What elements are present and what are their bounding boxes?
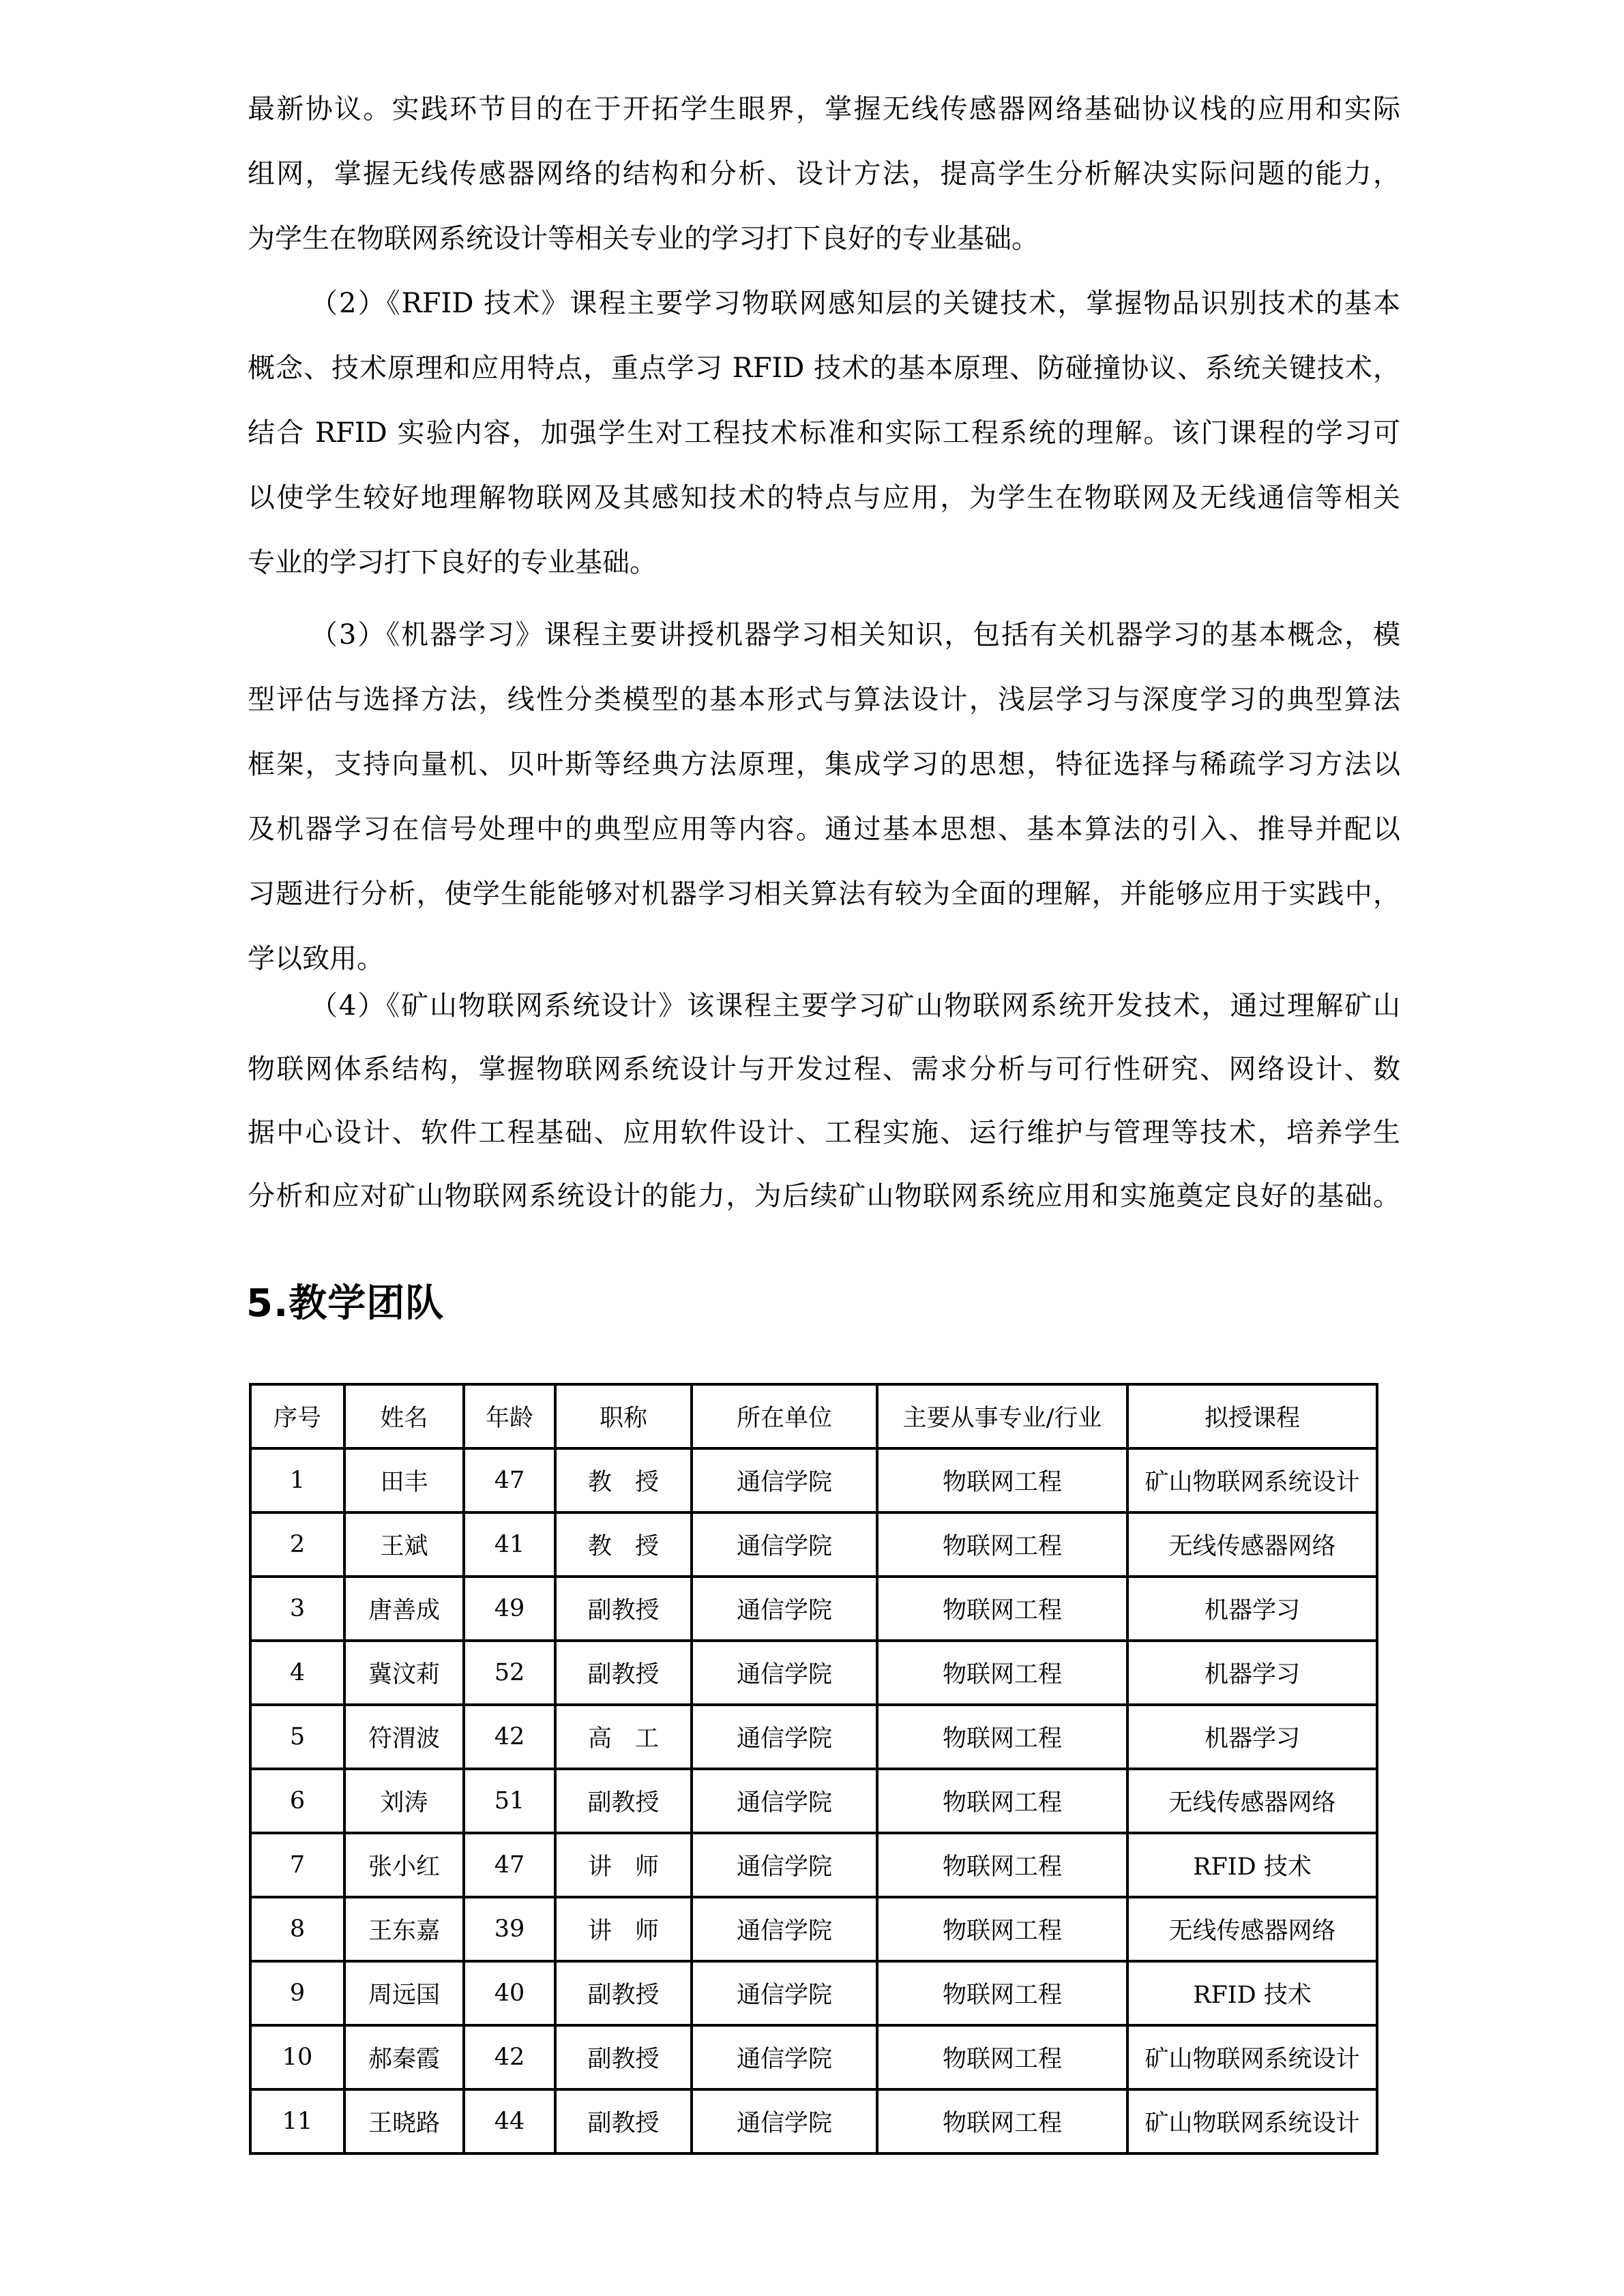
cell-name-text: 王斌 (380, 1533, 428, 1560)
paragraph-line: 习题进行分析，使学生能能够对机器学习相关算法有较为全面的理解，并能够应用于实践中… (248, 877, 1400, 911)
cell-title: 副教授 (555, 1641, 692, 1705)
cell-unit: 通信学院 (692, 1833, 877, 1897)
cell-title: 讲师 (555, 1833, 692, 1897)
cell-course-text: 矿山物联网系统设计 (1145, 2046, 1359, 2073)
cell-major-text: 物联网工程 (943, 1661, 1062, 1688)
cell-name: 王斌 (344, 1512, 464, 1577)
paragraph-line: 以使学生较好地理解物联网及其感知技术的特点与应用，为学生在物联网及无线通信等相关 (248, 481, 1400, 515)
paragraph-line: 专业的学习打下良好的专业基础。 (248, 546, 1400, 580)
cell-major-text: 物联网工程 (943, 2046, 1062, 2073)
cell-index-text: 8 (290, 1915, 305, 1943)
cell-course-text: 无线传感器网络 (1168, 1918, 1335, 1945)
cell-course-text: RFID 技术 (1193, 1982, 1312, 2009)
cell-age-text: 39 (494, 1915, 525, 1943)
cell-name-text: 王晓路 (368, 2110, 440, 2137)
paragraph-line: 学以致用。 (248, 942, 1400, 976)
cell-unit-text: 通信学院 (737, 1469, 832, 1496)
cell-title-text: 副教授 (587, 2046, 659, 2073)
cell-unit-text: 通信学院 (737, 2046, 832, 2073)
cell-index-text: 7 (290, 1851, 305, 1879)
cell-age-text: 52 (494, 1659, 525, 1686)
cell-index: 3 (250, 1577, 344, 1641)
cell-major: 物联网工程 (877, 1448, 1127, 1512)
cell-name-text: 王东嘉 (368, 1918, 440, 1945)
cell-age: 47 (464, 1833, 555, 1897)
cell-title: 讲师 (555, 1897, 692, 1961)
cell-title-text: 副教授 (587, 2110, 659, 2137)
cell-index-text: 3 (290, 1595, 305, 1622)
cell-course: 无线传感器网络 (1127, 1769, 1377, 1833)
table-row: 4冀汶莉52副教授通信学院物联网工程机器学习 (250, 1641, 1377, 1705)
cell-age: 40 (464, 1961, 555, 2025)
cell-age: 49 (464, 1577, 555, 1641)
cell-age-text: 42 (494, 2044, 525, 2071)
cell-name-text: 周远国 (368, 1982, 440, 2009)
paragraph-line: （3）《机器学习》课程主要讲授机器学习相关知识，包括有关机器学习的基本概念，模 (310, 618, 1400, 652)
document-page: 最新协议。实践环节目的在于开拓学生眼界，掌握无线传感器网络基础协议栈的应用和实际… (0, 0, 1624, 2296)
cell-title: 副教授 (555, 2025, 692, 2089)
cell-name-text: 符渭波 (368, 1725, 440, 1753)
table-row: 10郝秦霞42副教授通信学院物联网工程矿山物联网系统设计 (250, 2025, 1377, 2089)
cell-course-text: RFID 技术 (1193, 1853, 1312, 1881)
cell-course-text: 机器学习 (1205, 1661, 1300, 1688)
cell-unit: 通信学院 (692, 1769, 877, 1833)
paragraph-line: 最新协议。实践环节目的在于开拓学生眼界，掌握无线传感器网络基础协议栈的应用和实际 (248, 92, 1400, 126)
cell-course: 机器学习 (1127, 1705, 1377, 1769)
paragraph-line: （4）《矿山物联网系统设计》该课程主要学习矿山物联网系统开发技术，通过理解矿山 (310, 989, 1400, 1023)
cell-title: 教授 (555, 1448, 692, 1512)
cell-course: RFID 技术 (1127, 1833, 1377, 1897)
cell-unit-text: 通信学院 (737, 1597, 832, 1624)
column-header-age: 年龄 (464, 1384, 555, 1448)
cell-age-text: 42 (494, 1723, 525, 1750)
paragraph-line: 据中心设计、软件工程基础、应用软件设计、工程实施、运行维护与管理等技术，培养学生 (248, 1116, 1400, 1150)
cell-name-text: 田丰 (380, 1469, 428, 1496)
cell-age-text: 44 (494, 2108, 525, 2135)
cell-name: 刘涛 (344, 1769, 464, 1833)
cell-index: 1 (250, 1448, 344, 1512)
cell-unit-text: 通信学院 (737, 1918, 832, 1945)
cell-unit-text: 通信学院 (737, 1725, 832, 1753)
paragraph-line: 分析和应对矿山物联网系统设计的能力，为后续矿山物联网系统应用和实施奠定良好的基础… (248, 1179, 1400, 1213)
paragraph-line: 型评估与选择方法，线性分类模型的基本形式与算法设计，浅层学习与深度学习的典型算法 (248, 683, 1400, 717)
cell-course: 矿山物联网系统设计 (1127, 1448, 1377, 1512)
cell-index: 6 (250, 1769, 344, 1833)
cell-course: 机器学习 (1127, 1577, 1377, 1641)
cell-course: 无线传感器网络 (1127, 1897, 1377, 1961)
cell-index: 2 (250, 1512, 344, 1577)
cell-course: RFID 技术 (1127, 1961, 1377, 2025)
cell-age: 42 (464, 2025, 555, 2089)
cell-name: 符渭波 (344, 1705, 464, 1769)
paragraph-line: （2）《RFID 技术》课程主要学习物联网感知层的关键技术，掌握物品识别技术的基… (310, 286, 1400, 320)
cell-unit: 通信学院 (692, 1705, 877, 1769)
cell-course-text: 无线传感器网络 (1168, 1533, 1335, 1560)
table-row: 2王斌41教授通信学院物联网工程无线传感器网络 (250, 1512, 1377, 1577)
cell-course: 矿山物联网系统设计 (1127, 2089, 1377, 2153)
table-row: 3唐善成49副教授通信学院物联网工程机器学习 (250, 1577, 1377, 1641)
cell-title-text: 讲师 (588, 1853, 682, 1881)
cell-major: 物联网工程 (877, 1897, 1127, 1961)
cell-major-text: 物联网工程 (943, 1469, 1062, 1496)
cell-title: 副教授 (555, 1769, 692, 1833)
cell-index-text: 6 (290, 1787, 305, 1815)
cell-unit-text: 通信学院 (737, 1661, 832, 1688)
cell-title: 副教授 (555, 1577, 692, 1641)
cell-age-text: 49 (494, 1595, 525, 1622)
table-body: 1田丰47教授通信学院物联网工程矿山物联网系统设计2王斌41教授通信学院物联网工… (250, 1448, 1377, 2153)
cell-name: 唐善成 (344, 1577, 464, 1641)
cell-course-text: 矿山物联网系统设计 (1145, 1469, 1359, 1496)
cell-age: 44 (464, 2089, 555, 2153)
cell-title-text: 副教授 (587, 1597, 659, 1624)
cell-index: 10 (250, 2025, 344, 2089)
cell-title-text: 教授 (588, 1533, 682, 1560)
cell-title: 副教授 (555, 2089, 692, 2153)
column-header-major: 主要从事专业/行业 (877, 1384, 1127, 1448)
cell-major: 物联网工程 (877, 1961, 1127, 2025)
cell-age-text: 41 (494, 1531, 525, 1558)
table-row: 6刘涛51副教授通信学院物联网工程无线传感器网络 (250, 1769, 1377, 1833)
table-row: 7张小红47讲师通信学院物联网工程RFID 技术 (250, 1833, 1377, 1897)
cell-name: 王晓路 (344, 2089, 464, 2153)
cell-unit: 通信学院 (692, 1448, 877, 1512)
cell-unit: 通信学院 (692, 2089, 877, 2153)
cell-title-text: 副教授 (587, 1789, 659, 1817)
cell-title: 副教授 (555, 1961, 692, 2025)
cell-unit-text: 通信学院 (737, 1853, 832, 1881)
cell-age: 39 (464, 1897, 555, 1961)
cell-unit-text: 通信学院 (737, 1789, 832, 1817)
table-row: 11王晓路44副教授通信学院物联网工程矿山物联网系统设计 (250, 2089, 1377, 2153)
cell-unit: 通信学院 (692, 1897, 877, 1961)
cell-major-text: 物联网工程 (943, 1789, 1062, 1817)
cell-major-text: 物联网工程 (943, 1982, 1062, 2009)
cell-title: 教授 (555, 1512, 692, 1577)
cell-unit-text: 通信学院 (737, 2110, 832, 2137)
cell-unit: 通信学院 (692, 2025, 877, 2089)
cell-major: 物联网工程 (877, 1833, 1127, 1897)
cell-course-text: 无线传感器网络 (1168, 1789, 1335, 1817)
cell-index-text: 9 (290, 1980, 305, 2007)
cell-title-text: 副教授 (587, 1661, 659, 1688)
cell-index: 8 (250, 1897, 344, 1961)
cell-major: 物联网工程 (877, 1577, 1127, 1641)
cell-course: 无线传感器网络 (1127, 1512, 1377, 1577)
cell-name-text: 冀汶莉 (368, 1661, 440, 1688)
cell-age: 51 (464, 1769, 555, 1833)
cell-unit: 通信学院 (692, 1961, 877, 2025)
paragraph-line: 为学生在物联网系统设计等相关专业的学习打下良好的专业基础。 (248, 222, 1400, 256)
cell-name: 王东嘉 (344, 1897, 464, 1961)
column-header-index: 序号 (250, 1384, 344, 1448)
cell-unit: 通信学院 (692, 1512, 877, 1577)
cell-name: 周远国 (344, 1961, 464, 2025)
cell-major: 物联网工程 (877, 1512, 1127, 1577)
column-header-course: 拟授课程 (1127, 1384, 1377, 1448)
cell-index-text: 2 (290, 1531, 305, 1558)
cell-name-text: 刘涛 (380, 1789, 428, 1817)
cell-age-text: 47 (494, 1851, 525, 1879)
cell-index-text: 10 (282, 2044, 313, 2071)
table-row: 5符渭波42高工通信学院物联网工程机器学习 (250, 1705, 1377, 1769)
cell-course: 机器学习 (1127, 1641, 1377, 1705)
teaching-team-table: 序号 姓名 年龄 职称 所在单位 主要从事专业/行业 拟授课程 1田丰47教授通… (249, 1383, 1378, 2155)
section-heading: 5.教学团队 (246, 1277, 444, 1331)
cell-title-text: 讲师 (588, 1918, 682, 1945)
cell-course: 矿山物联网系统设计 (1127, 2025, 1377, 2089)
paragraph-line: 物联网体系结构，掌握物联网系统设计与开发过程、需求分析与可行性研究、网络设计、数 (248, 1052, 1400, 1086)
column-header-title: 职称 (555, 1384, 692, 1448)
cell-index: 5 (250, 1705, 344, 1769)
cell-major: 物联网工程 (877, 1641, 1127, 1705)
cell-name-text: 张小红 (368, 1853, 440, 1881)
cell-age: 47 (464, 1448, 555, 1512)
cell-age: 42 (464, 1705, 555, 1769)
cell-course-text: 机器学习 (1205, 1597, 1300, 1624)
cell-unit: 通信学院 (692, 1641, 877, 1705)
cell-unit-text: 通信学院 (737, 1533, 832, 1560)
cell-course-text: 矿山物联网系统设计 (1145, 2110, 1359, 2137)
cell-major-text: 物联网工程 (943, 1853, 1062, 1881)
column-header-unit: 所在单位 (692, 1384, 877, 1448)
cell-age-text: 47 (494, 1467, 525, 1494)
cell-major-text: 物联网工程 (943, 1725, 1062, 1753)
paragraph-line: 结合 RFID 实验内容，加强学生对工程技术标准和实际工程系统的理解。该门课程的… (248, 416, 1400, 450)
cell-index-text: 4 (290, 1659, 305, 1686)
cell-name: 田丰 (344, 1448, 464, 1512)
cell-index-text: 11 (282, 2108, 313, 2135)
cell-name: 郝秦霞 (344, 2025, 464, 2089)
cell-title-text: 副教授 (587, 1982, 659, 2009)
cell-title-text: 高工 (588, 1725, 682, 1753)
table-header-row: 序号 姓名 年龄 职称 所在单位 主要从事专业/行业 拟授课程 (250, 1384, 1377, 1448)
cell-name: 冀汶莉 (344, 1641, 464, 1705)
cell-major-text: 物联网工程 (943, 1597, 1062, 1624)
cell-age-text: 51 (494, 1787, 525, 1815)
cell-name-text: 郝秦霞 (368, 2046, 440, 2073)
table-row: 8王东嘉39讲师通信学院物联网工程无线传感器网络 (250, 1897, 1377, 1961)
cell-name: 张小红 (344, 1833, 464, 1897)
cell-course-text: 机器学习 (1205, 1725, 1300, 1753)
paragraph-line: 组网，掌握无线传感器网络的结构和分析、设计方法，提高学生分析解决实际问题的能力， (248, 157, 1400, 191)
cell-index: 4 (250, 1641, 344, 1705)
table-row: 9周远国40副教授通信学院物联网工程RFID 技术 (250, 1961, 1377, 2025)
cell-major: 物联网工程 (877, 1769, 1127, 1833)
cell-major: 物联网工程 (877, 2025, 1127, 2089)
cell-major-text: 物联网工程 (943, 1533, 1062, 1560)
cell-index: 7 (250, 1833, 344, 1897)
paragraph-line: 及机器学习在信号处理中的典型应用等内容。通过基本思想、基本算法的引入、推导并配以 (248, 812, 1400, 846)
cell-title-text: 教授 (588, 1469, 682, 1496)
cell-index: 11 (250, 2089, 344, 2153)
cell-index: 9 (250, 1961, 344, 2025)
cell-major: 物联网工程 (877, 2089, 1127, 2153)
cell-age-text: 40 (494, 1980, 525, 2007)
cell-index-text: 1 (290, 1467, 305, 1494)
cell-index-text: 5 (290, 1723, 305, 1750)
cell-title: 高工 (555, 1705, 692, 1769)
cell-major: 物联网工程 (877, 1705, 1127, 1769)
cell-name-text: 唐善成 (368, 1597, 440, 1624)
cell-major-text: 物联网工程 (943, 2110, 1062, 2137)
paragraph-line: 概念、技术原理和应用特点，重点学习 RFID 技术的基本原理、防碰撞协议、系统关… (248, 351, 1400, 385)
paragraph-line: 框架，支持向量机、贝叶斯等经典方法原理，集成学习的思想，特征选择与稀疏学习方法以 (248, 747, 1400, 781)
cell-major-text: 物联网工程 (943, 1918, 1062, 1945)
cell-unit-text: 通信学院 (737, 1982, 832, 2009)
cell-unit: 通信学院 (692, 1577, 877, 1641)
table-row: 1田丰47教授通信学院物联网工程矿山物联网系统设计 (250, 1448, 1377, 1512)
cell-age: 41 (464, 1512, 555, 1577)
cell-age: 52 (464, 1641, 555, 1705)
column-header-name: 姓名 (344, 1384, 464, 1448)
